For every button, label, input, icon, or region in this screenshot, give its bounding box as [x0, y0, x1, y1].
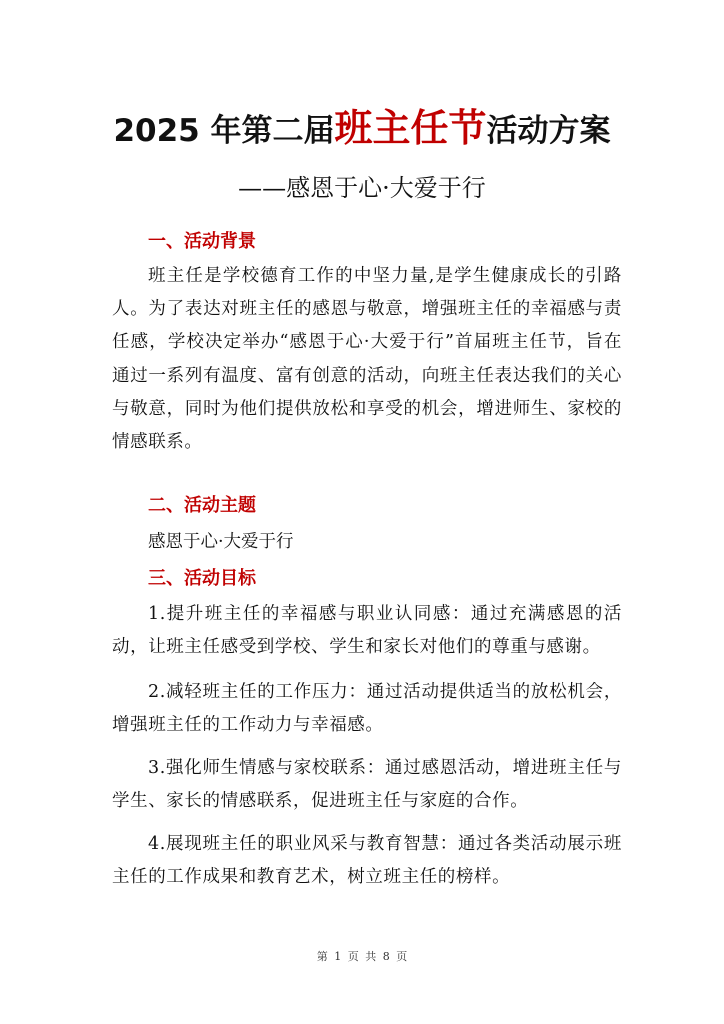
title-suffix: 活动方案: [487, 113, 611, 149]
section-heading-goals: 三、活动目标: [148, 565, 256, 593]
title-prefix: 2025 年第二届: [113, 113, 334, 149]
page-footer: 第 1 页 共 8 页: [0, 948, 724, 964]
section-heading-background: 一、活动背景: [148, 228, 256, 256]
paragraph-background: 班主任是学校德育工作的中坚力量,是学生健康成长的引路人。为了表达对班主任的感恩与…: [112, 260, 622, 459]
goal-item-2: 2.减轻班主任的工作压力：通过活动提供适当的放松机会，增强班主任的工作动力与幸福…: [112, 676, 622, 742]
goal-item-3: 3.强化师生情感与家校联系：通过感恩活动，增进班主任与学生、家长的情感联系，促进…: [112, 752, 622, 818]
document-title: 2025 年第二届班主任节活动方案: [0, 104, 724, 155]
section-heading-theme: 二、活动主题: [148, 492, 256, 520]
document-page: 2025 年第二届班主任节活动方案 ——感恩于心·大爱于行 一、活动背景 班主任…: [0, 0, 724, 1024]
goal-item-1: 1.提升班主任的幸福感与职业认同感：通过充满感恩的活动，让班主任感受到学校、学生…: [112, 598, 622, 664]
goal-item-4: 4.展现班主任的职业风采与教育智慧：通过各类活动展示班主任的工作成果和教育艺术，…: [112, 828, 622, 894]
title-highlight: 班主任节: [335, 106, 487, 150]
document-subtitle: ——感恩于心·大爱于行: [0, 168, 724, 208]
paragraph-theme: 感恩于心·大爱于行: [148, 528, 294, 556]
